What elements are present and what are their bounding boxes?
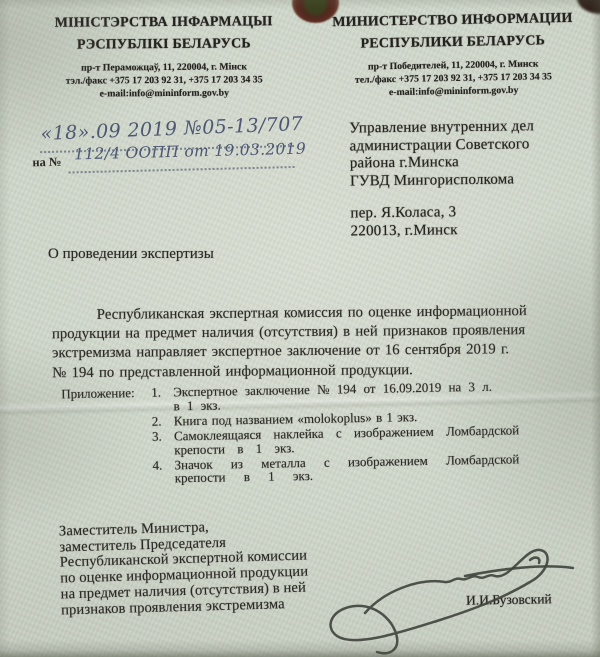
ministry-contacts-by: пр-т Пераможцаў, 11, 220004, г. Мінск тэ…: [28, 60, 300, 101]
ministry-title-by: МІНІСТЭРСТВА ІНФАРМАЦЫІ РЭСПУБЛІКІ БЕЛАР…: [28, 11, 300, 57]
ministry-title-by-line1: МІНІСТЭРСТВА ІНФАРМАЦЫІ: [28, 11, 300, 35]
ministry-email-by: e-mail:info@mininform.gov.by: [28, 86, 300, 101]
attachments-label: Приложение:: [61, 386, 149, 401]
signature-autograph: [325, 538, 590, 657]
attachment-number: 4.: [152, 458, 174, 486]
attachment-number: 2.: [152, 414, 174, 428]
attachment-text: Экспертное заключение № 194 от 16.09.201…: [173, 380, 492, 413]
attachments-list: 1. Экспертное заключение № 194 от 16.09.…: [151, 379, 557, 487]
attachment-item: 4. Значок из металла с изображением Ломб…: [152, 451, 556, 486]
subject-line: О проведении экспертизы: [48, 246, 214, 263]
ministry-contacts-ru: пр-т Победителей, 11, 220004, г. Минск т…: [314, 57, 593, 101]
ministry-phone-by: тэл./факс +375 17 203 92 31, +375 17 203…: [28, 73, 300, 88]
attachment-number: 3.: [152, 429, 174, 457]
signer-title-block: Заместитель Министра, заместитель Предсе…: [59, 518, 310, 619]
document-page: МІНІСТЭРСТВА ІНФАРМАЦЫІ РЭСПУБЛІКІ БЕЛАР…: [0, 0, 600, 657]
attachment-text: Значок из металла с изображением Ломбард…: [174, 452, 519, 486]
letterhead-belarusian: МІНІСТЭРСТВА ІНФАРМАЦЫІ РЭСПУБЛІКІ БЕЛАР…: [28, 11, 301, 101]
ministry-title-ru: МИНИСТЕРСТВО ИНФОРМАЦИИ РЕСПУБЛИКИ БЕЛАР…: [313, 8, 592, 57]
reference-numbers: «18».09 2019 №05-13/707 на № 112/4 ООПП …: [31, 113, 308, 180]
ministry-title-by-line2: РЭСПУБЛІКІ БЕЛАРУСЬ: [28, 33, 300, 57]
incoming-number-prefix: на №: [32, 155, 61, 171]
attachment-number: 1.: [151, 385, 173, 413]
letterhead-russian: МИНИСТЕРСТВО ИНФОРМАЦИИ РЕСПУБЛИКИ БЕЛАР…: [313, 8, 592, 101]
addressee-city: 220013, г.Минск: [351, 220, 593, 240]
attachments-section: Приложение: 1. Экспертное заключение № 1…: [61, 379, 557, 489]
addressee-block: Управление внутренних дел администрации …: [349, 118, 592, 241]
body-paragraph: Республиканская экспертная комиссия по о…: [52, 302, 569, 383]
